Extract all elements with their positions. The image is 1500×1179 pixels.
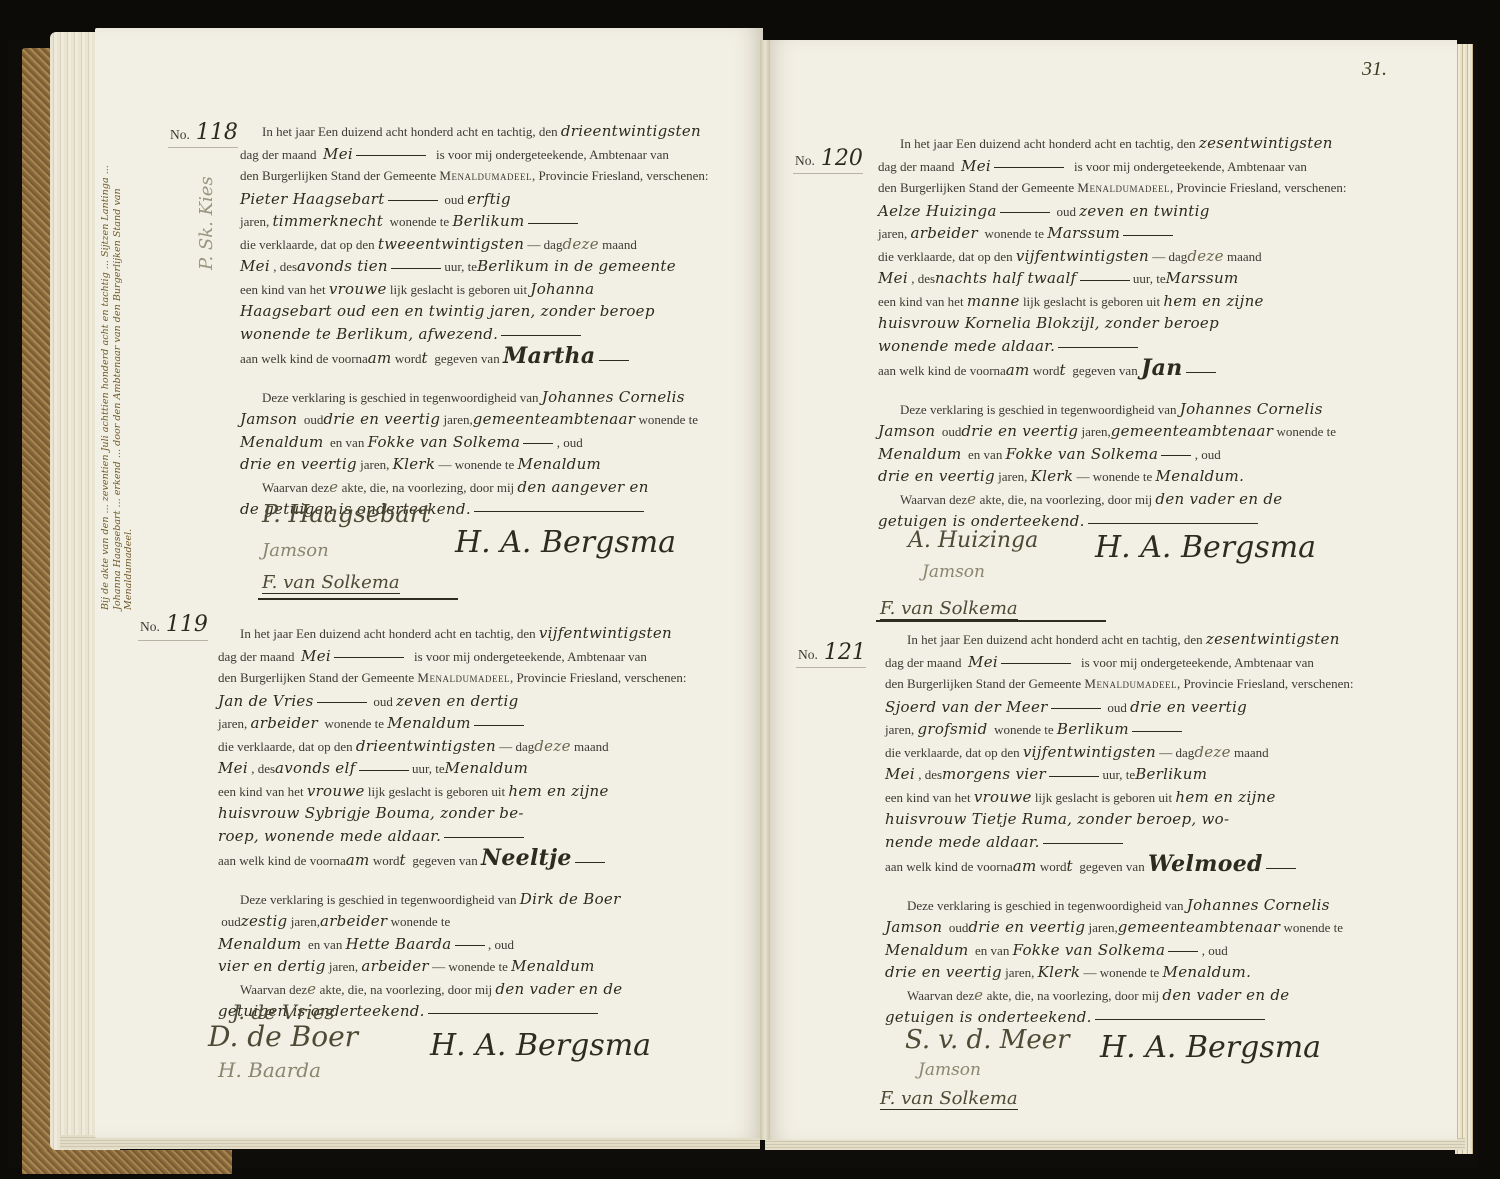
field-signed-by-a: den vader en de bbox=[1162, 986, 1289, 1004]
field-birth-month: Mei bbox=[878, 269, 908, 287]
printed-text: wonende te bbox=[324, 716, 384, 731]
record-line: dag der maand Mei is voor mij ondergetee… bbox=[878, 155, 1378, 178]
field-word-suffix: t bbox=[400, 851, 406, 869]
record-line: jaren, arbeider wonende te Menaldum bbox=[218, 712, 728, 735]
printed-text: Deze verklaring is geschied in tegenwoor… bbox=[240, 892, 517, 907]
birth-record-119: In het jaar Een duizend acht honderd ach… bbox=[218, 622, 728, 1023]
printed-text: die verklaarde, dat op den bbox=[240, 237, 375, 252]
signature-witness: F. van Solkema bbox=[880, 1088, 1018, 1110]
record-line: den Burgerlijken Stand der Gemeente Mena… bbox=[240, 165, 745, 188]
printed-text: akte, die, na voorlezing, door mij bbox=[342, 480, 515, 495]
record-line: Waarvan deze akte, die, na voorlezing, d… bbox=[885, 984, 1385, 1007]
printed-text: een kind van het bbox=[218, 784, 304, 799]
field-declarant-residence: Berlikum bbox=[452, 212, 524, 230]
field-witness1-name-a: Johannes Cornelis bbox=[1187, 896, 1330, 914]
field-witness1-name-b: Jamson bbox=[885, 918, 942, 936]
printed-text: is voor mij ondergeteekende, Ambtenaar v… bbox=[414, 649, 647, 664]
no-label: No. bbox=[798, 647, 818, 662]
printed-text: een kind van het bbox=[878, 294, 964, 309]
printed-text: dag bbox=[1176, 745, 1195, 760]
printed-text: Waarvan dez bbox=[900, 492, 967, 507]
printed-text: uur, te bbox=[412, 761, 445, 776]
printed-municipality: Menaldumadeel bbox=[417, 670, 510, 685]
printed-text: , des bbox=[918, 767, 942, 782]
printed-text: Deze verklaring is geschied in tegenwoor… bbox=[907, 898, 1184, 913]
field-witness1-occupation: gemeenteambtenaar bbox=[1111, 422, 1274, 440]
printed-text: word bbox=[1033, 363, 1060, 378]
field-declarant-residence: Marssum bbox=[1047, 224, 1120, 242]
printed-text: wonende te bbox=[390, 214, 450, 229]
record-number-rule bbox=[168, 147, 238, 148]
book-gutter bbox=[760, 40, 770, 1140]
no-label: No. bbox=[170, 127, 190, 142]
field-dez-suffix: e bbox=[967, 490, 976, 508]
record-line: aan welk kind de voornaam wordt gegeven … bbox=[240, 345, 745, 368]
printed-text: gegeven van bbox=[1079, 859, 1144, 874]
printed-text: oud bbox=[1056, 204, 1076, 219]
field-signed-by-b: getuigen is onderteekend. bbox=[885, 1008, 1092, 1026]
printed-text: oud bbox=[373, 694, 393, 709]
record-number: 120 bbox=[821, 146, 863, 171]
blank-rule bbox=[1132, 731, 1182, 732]
field-birth-month: Mei bbox=[240, 257, 270, 275]
record-number-rule bbox=[138, 640, 208, 641]
printed-text: wonende te bbox=[1100, 965, 1160, 980]
record-number-label: No.118 bbox=[170, 120, 238, 145]
printed-text: jaren, bbox=[360, 457, 389, 472]
field-dag-suffix: deze bbox=[562, 235, 598, 253]
record-line: aan welk kind de voornaam wordt gegeven … bbox=[885, 853, 1385, 876]
field-witness2-residence: Menaldum bbox=[511, 957, 595, 975]
printed-text: uur, te bbox=[1133, 271, 1166, 286]
field-mother-line2: huisvrouw Kornelia Blokzijl, zonder bero… bbox=[878, 314, 1219, 332]
signature-registrar: H. A. Bergsma bbox=[1100, 1030, 1321, 1065]
record-number: 119 bbox=[166, 612, 208, 637]
record-line: Waarvan deze akte, die, na voorlezing, d… bbox=[218, 978, 728, 1001]
field-birth-month: Mei bbox=[218, 759, 248, 777]
blank-rule bbox=[1161, 455, 1191, 456]
record-line: oudzestig jaren,arbeider wonende te bbox=[218, 910, 728, 933]
signature-registrar: H. A. Bergsma bbox=[455, 525, 676, 560]
signature-declarant: S. v. d. Meer bbox=[905, 1025, 1070, 1055]
printed-text: den Burgerlijken Stand der Gemeente bbox=[878, 180, 1074, 195]
record-line: wonende mede aldaar. bbox=[878, 335, 1378, 358]
field-witness2-residence: Menaldum. bbox=[1156, 467, 1245, 485]
record-line: Aelze Huizinga oud zeven en twintig bbox=[878, 200, 1378, 223]
printed-text: jaren, bbox=[240, 214, 269, 229]
blank-rule bbox=[455, 945, 485, 946]
binding-cloth-bottom bbox=[22, 1150, 232, 1174]
printed-text: een kind van het bbox=[885, 790, 971, 805]
field-mother-line2: Haagsebart oud een en twintig jaren, zon… bbox=[240, 302, 655, 320]
record-line: Jamson ouddrie en veertig jaren,gemeente… bbox=[240, 408, 745, 431]
printed-text: jaren, bbox=[291, 914, 320, 929]
printed-text: wonende te bbox=[994, 722, 1054, 737]
printed-text: word bbox=[395, 351, 422, 366]
printed-text: Deze verklaring is geschied in tegenwoor… bbox=[262, 390, 539, 405]
printed-text: wonende te bbox=[391, 914, 451, 929]
printed-text: aan welk kind de voorna bbox=[885, 859, 1013, 874]
printed-text: dag der maand bbox=[878, 159, 955, 174]
blank-rule bbox=[575, 862, 605, 863]
page-edges-right bbox=[1455, 44, 1473, 1154]
field-declarant-age: zeven en dertig bbox=[396, 692, 518, 710]
record-line: die verklaarde, dat op den vijfentwintig… bbox=[878, 245, 1378, 268]
field-birth-place: Menaldum bbox=[445, 759, 529, 777]
record-line: die verklaarde, dat op den drieentwintig… bbox=[218, 735, 728, 758]
field-declarant: Aelze Huizinga bbox=[878, 202, 997, 220]
printed-text: dag der maand bbox=[885, 655, 962, 670]
record-line: den Burgerlijken Stand der Gemeente Mena… bbox=[218, 667, 728, 690]
printed-text: Waarvan dez bbox=[240, 982, 307, 997]
printed-text: , Provincie Friesland, verschenen: bbox=[510, 670, 687, 685]
field-mother-line3: roep, wonende mede aldaar. bbox=[218, 827, 441, 845]
blank-rule bbox=[1051, 708, 1101, 709]
record-line: drie en veertig jaren, Klerk — wonende t… bbox=[885, 961, 1385, 984]
page-number: 31. bbox=[1362, 58, 1387, 81]
field-signed-by-a: den vader en de bbox=[1155, 490, 1282, 508]
record-line: Pieter Haagsebart oud erftig bbox=[240, 188, 745, 211]
blank-rule bbox=[1186, 372, 1216, 373]
record-line: wonende te Berlikum, afwezend. bbox=[240, 323, 745, 346]
field-birth-place: Berlikum in de gemeente bbox=[477, 257, 676, 275]
printed-text: , Provincie Friesland, verschenen: bbox=[1170, 180, 1347, 195]
birth-record-121: In het jaar Een duizend acht honderd ach… bbox=[885, 628, 1385, 1029]
printed-text: die verklaarde, dat op den bbox=[885, 745, 1020, 760]
field-child-name: Neeltje bbox=[481, 845, 572, 871]
field-voornaam-suffix: am bbox=[368, 349, 392, 367]
printed-text: Waarvan dez bbox=[262, 480, 329, 495]
field-witness2-occupation: Klerk bbox=[393, 455, 436, 473]
blank-rule bbox=[523, 443, 553, 444]
printed-text: , oud bbox=[557, 435, 583, 450]
field-witness2-name: Fokke van Solkema bbox=[368, 433, 521, 451]
printed-municipality: Menaldumadeel bbox=[1084, 676, 1177, 691]
field-birth-month: Mei bbox=[885, 765, 915, 783]
signature-declarant: A. Huizinga bbox=[908, 528, 1038, 553]
record-line: die verklaarde, dat op den tweeentwintig… bbox=[240, 233, 745, 256]
record-number-label: No.119 bbox=[140, 612, 208, 637]
printed-text: den Burgerlijken Stand der Gemeente bbox=[218, 670, 414, 685]
field-declarant-occupation: arbeider bbox=[250, 714, 317, 732]
printed-text: den Burgerlijken Stand der Gemeente bbox=[885, 676, 1081, 691]
record-line: Mei , desmorgens vier uur, teBerlikum bbox=[885, 763, 1385, 786]
field-witness1-name-a: Dirk de Boer bbox=[520, 890, 621, 908]
field-declarant-occupation: timmerknecht bbox=[272, 212, 383, 230]
field-day: drieentwintigsten bbox=[561, 122, 701, 140]
printed-text: aan welk kind de voorna bbox=[240, 351, 368, 366]
blank-rule bbox=[1095, 1019, 1265, 1020]
field-month: Mei bbox=[968, 653, 998, 671]
record-line: In het jaar Een duizend acht honderd ach… bbox=[240, 120, 745, 143]
blank-rule bbox=[994, 167, 1064, 168]
printed-text: , Provincie Friesland, verschenen: bbox=[1177, 676, 1354, 691]
printed-text: een kind van het bbox=[240, 282, 326, 297]
record-line: Deze verklaring is geschied in tegenwoor… bbox=[218, 888, 728, 911]
blank-rule bbox=[474, 511, 644, 512]
printed-text: dag der maand bbox=[240, 147, 317, 162]
record-line: drie en veertig jaren, Klerk — wonende t… bbox=[240, 453, 745, 476]
record-line: Waarvan deze akte, die, na voorlezing, d… bbox=[240, 476, 745, 499]
record-line: huisvrouw Sybrigje Bouma, zonder be- bbox=[218, 802, 728, 825]
printed-text: uur, te bbox=[444, 259, 477, 274]
field-witness1-residence: Menaldum bbox=[878, 445, 962, 463]
printed-text: lijk geslacht is geboren uit bbox=[1035, 790, 1172, 805]
field-child-name: Welmoed bbox=[1148, 851, 1263, 877]
field-declarant-occupation: grofsmid bbox=[917, 720, 987, 738]
record-line: een kind van het manne lijk geslacht is … bbox=[878, 290, 1378, 313]
blank-rule bbox=[1049, 776, 1099, 777]
field-witness1-age: drie en veertig bbox=[968, 918, 1085, 936]
printed-text: dag der maand bbox=[218, 649, 295, 664]
field-sex: vrouwe bbox=[974, 788, 1032, 806]
printed-text: die verklaarde, dat op den bbox=[218, 739, 353, 754]
blank-rule bbox=[474, 725, 524, 726]
blank-rule bbox=[1001, 663, 1071, 664]
printed-text: is voor mij ondergeteekende, Ambtenaar v… bbox=[1074, 159, 1307, 174]
field-signed-by-a: den aangever en bbox=[517, 478, 648, 496]
blank-rule bbox=[1088, 523, 1258, 524]
record-line: aan welk kind de voornaam wordt gegeven … bbox=[878, 357, 1378, 380]
no-label: No. bbox=[140, 619, 160, 634]
field-birth-day: tweeentwintigsten bbox=[378, 235, 524, 253]
printed-text: aan welk kind de voorna bbox=[878, 363, 1006, 378]
field-signed-by-a: den vader en de bbox=[495, 980, 622, 998]
record-line: Jamson ouddrie en veertig jaren,gemeente… bbox=[885, 916, 1385, 939]
blank-rule bbox=[356, 155, 426, 156]
field-witness2-name: Fokke van Solkema bbox=[1013, 941, 1166, 959]
field-witness2-name: Hette Baarda bbox=[346, 935, 452, 953]
signature-witness: F. van Solkema bbox=[880, 598, 1018, 620]
record-line: huisvrouw Kornelia Blokzijl, zonder bero… bbox=[878, 312, 1378, 335]
printed-text: In het jaar Een duizend acht honderd ach… bbox=[262, 124, 558, 139]
field-day: vijfentwintigsten bbox=[539, 624, 672, 642]
field-sex: manne bbox=[967, 292, 1020, 310]
birth-record-118: In het jaar Een duizend acht honderd ach… bbox=[240, 120, 745, 521]
record-line: Menaldum en van Fokke van Solkema , oud bbox=[885, 939, 1385, 962]
record-line: huisvrouw Tietje Ruma, zonder beroep, wo… bbox=[885, 808, 1385, 831]
field-witness2-occupation: Klerk bbox=[1031, 467, 1074, 485]
record-line: drie en veertig jaren, Klerk — wonende t… bbox=[878, 465, 1378, 488]
field-declarant-occupation: arbeider bbox=[910, 224, 977, 242]
field-voornaam-suffix: am bbox=[1006, 361, 1030, 379]
record-line: Haagsebart oud een en twintig jaren, zon… bbox=[240, 300, 745, 323]
printed-municipality: Menaldumadeel bbox=[439, 168, 532, 183]
field-declarant: Sjoerd van der Meer bbox=[885, 698, 1048, 716]
printed-text: maand bbox=[1227, 249, 1262, 264]
field-word-suffix: t bbox=[422, 349, 428, 367]
printed-text: wonende te bbox=[1283, 920, 1343, 935]
field-dez-suffix: e bbox=[974, 986, 983, 1004]
signature-registrar: H. A. Bergsma bbox=[430, 1028, 651, 1063]
printed-text: jaren, bbox=[218, 716, 247, 731]
printed-text: wonende te bbox=[1276, 424, 1336, 439]
printed-text: dag bbox=[544, 237, 563, 252]
printed-text: In het jaar Een duizend acht honderd ach… bbox=[900, 136, 1196, 151]
record-number-label: No.120 bbox=[795, 146, 863, 171]
record-line: Waarvan deze akte, die, na voorlezing, d… bbox=[878, 488, 1378, 511]
field-month: Mei bbox=[323, 145, 353, 163]
field-witness1-residence: Menaldum bbox=[885, 941, 969, 959]
field-day: zesentwintigsten bbox=[1206, 630, 1340, 648]
blank-rule bbox=[599, 360, 629, 361]
field-time-of-day: nachts half twaalf bbox=[935, 269, 1076, 287]
record-line: jaren, timmerknecht wonende te Berlikum bbox=[240, 210, 745, 233]
record-number-rule bbox=[796, 667, 866, 668]
field-dag-suffix: deze bbox=[534, 737, 570, 755]
record-line: een kind van het vrouwe lijk geslacht is… bbox=[885, 786, 1385, 809]
printed-text: jaren, bbox=[878, 226, 907, 241]
printed-text: akte, die, na voorlezing, door mij bbox=[987, 988, 1160, 1003]
signature-witness: Jamson bbox=[262, 540, 329, 561]
printed-text: maand bbox=[602, 237, 637, 252]
printed-text: In het jaar Een duizend acht honderd ach… bbox=[240, 626, 536, 641]
printed-text: , Provincie Friesland, verschenen: bbox=[532, 168, 709, 183]
signature-witness: H. Baarda bbox=[218, 1058, 321, 1082]
record-line: Menaldum en van Fokke van Solkema , oud bbox=[240, 431, 745, 454]
field-declarant-age: drie en veertig bbox=[1130, 698, 1247, 716]
field-mother-line1: hem en zijne bbox=[1175, 788, 1275, 806]
field-declarant-residence: Menaldum bbox=[387, 714, 471, 732]
printed-text: jaren, bbox=[443, 412, 472, 427]
printed-text: lijk geslacht is geboren uit bbox=[1023, 294, 1160, 309]
field-birth-day: vijfentwintigsten bbox=[1016, 247, 1149, 265]
no-label: No. bbox=[795, 153, 815, 168]
record-line: dag der maand Mei is voor mij ondergetee… bbox=[240, 143, 745, 166]
field-child-name: Jan bbox=[1141, 355, 1183, 381]
field-mother-line1: hem en zijne bbox=[508, 782, 608, 800]
printed-text: wonende te bbox=[455, 457, 515, 472]
printed-text: en van bbox=[308, 937, 342, 952]
record-line: Mei , desavonds tien uur, teBerlikum in … bbox=[240, 255, 745, 278]
printed-text: wonende te bbox=[1093, 469, 1153, 484]
record-line: aan welk kind de voornaam wordt gegeven … bbox=[218, 847, 728, 870]
field-time-of-day: morgens vier bbox=[942, 765, 1046, 783]
printed-text: Waarvan dez bbox=[907, 988, 974, 1003]
record-line: Jamson ouddrie en veertig jaren,gemeente… bbox=[878, 420, 1378, 443]
printed-text: gegeven van bbox=[1072, 363, 1137, 378]
record-number-label: No.121 bbox=[798, 640, 866, 665]
field-witness1-occupation: gemeenteambtenaar bbox=[473, 410, 636, 428]
record-line: Jan de Vries oud zeven en dertig bbox=[218, 690, 728, 713]
field-witness2-age: drie en veertig bbox=[240, 455, 357, 473]
field-birth-day: drieentwintigsten bbox=[356, 737, 496, 755]
record-line: jaren, arbeider wonende te Marssum bbox=[878, 222, 1378, 245]
margin-annotation-signature: P. Sk. Kies bbox=[196, 176, 217, 270]
field-witness1-age: zestig bbox=[241, 912, 288, 930]
blank-rule bbox=[388, 200, 438, 201]
record-number-rule bbox=[793, 173, 863, 174]
printed-text: akte, die, na voorlezing, door mij bbox=[320, 982, 493, 997]
field-witness2-occupation: Klerk bbox=[1038, 963, 1081, 981]
printed-text: oud bbox=[444, 192, 464, 207]
field-witness2-age: drie en veertig bbox=[885, 963, 1002, 981]
record-line: den Burgerlijken Stand der Gemeente Mena… bbox=[878, 177, 1378, 200]
printed-text: lijk geslacht is geboren uit bbox=[368, 784, 505, 799]
printed-text: gegeven van bbox=[434, 351, 499, 366]
field-word-suffix: t bbox=[1060, 361, 1066, 379]
blank-rule bbox=[334, 657, 404, 658]
field-time-of-day: avonds tien bbox=[297, 257, 388, 275]
record-line: Deze verklaring is geschied in tegenwoor… bbox=[878, 398, 1378, 421]
record-line: een kind van het vrouwe lijk geslacht is… bbox=[240, 278, 745, 301]
field-dag-suffix: deze bbox=[1187, 247, 1223, 265]
record-line: In het jaar Een duizend acht honderd ach… bbox=[885, 628, 1385, 651]
printed-text: oud bbox=[221, 914, 241, 929]
printed-text: , des bbox=[251, 761, 275, 776]
printed-text: wonende te bbox=[448, 959, 508, 974]
field-mother-line2: huisvrouw Tietje Ruma, zonder beroep, wo… bbox=[885, 810, 1229, 828]
record-line: In het jaar Een duizend acht honderd ach… bbox=[878, 132, 1378, 155]
field-declarant: Pieter Haagsebart bbox=[240, 190, 385, 208]
printed-text: jaren, bbox=[1081, 424, 1110, 439]
signature-witness: Jamson bbox=[922, 562, 985, 582]
field-month: Mei bbox=[301, 647, 331, 665]
blank-rule bbox=[1000, 212, 1050, 213]
field-mother-line3: wonende te Berlikum, afwezend. bbox=[240, 325, 498, 343]
field-child-name: Martha bbox=[503, 343, 595, 369]
field-mother-line1: Johanna bbox=[530, 280, 594, 298]
printed-municipality: Menaldumadeel bbox=[1077, 180, 1170, 195]
field-declarant-age: erftig bbox=[467, 190, 511, 208]
record-line: Mei , desavonds elf uur, teMenaldum bbox=[218, 757, 728, 780]
blank-rule bbox=[359, 770, 409, 771]
record-number: 121 bbox=[824, 640, 866, 665]
printed-text: jaren, bbox=[1088, 920, 1117, 935]
record-line: Menaldum en van Fokke van Solkema , oud bbox=[878, 443, 1378, 466]
blank-rule bbox=[1168, 951, 1198, 952]
blank-rule bbox=[1266, 868, 1296, 869]
printed-text: oud bbox=[942, 424, 962, 439]
printed-text: , des bbox=[273, 259, 297, 274]
field-birth-place: Marssum bbox=[1166, 269, 1239, 287]
field-mother-line3: nende mede aldaar. bbox=[885, 833, 1040, 851]
printed-text: maand bbox=[574, 739, 609, 754]
field-witness1-age: drie en veertig bbox=[323, 410, 440, 428]
printed-text: jaren, bbox=[885, 722, 914, 737]
printed-text: , oud bbox=[488, 937, 514, 952]
printed-text: oud bbox=[304, 412, 324, 427]
printed-text: oud bbox=[949, 920, 969, 935]
field-witness2-age: drie en veertig bbox=[878, 467, 995, 485]
printed-text: dag bbox=[516, 739, 535, 754]
printed-text: , oud bbox=[1202, 943, 1228, 958]
field-voornaam-suffix: am bbox=[346, 851, 370, 869]
printed-text: uur, te bbox=[1102, 767, 1135, 782]
field-sex: vrouwe bbox=[307, 782, 365, 800]
printed-text: is voor mij ondergeteekende, Ambtenaar v… bbox=[436, 147, 669, 162]
printed-text: den Burgerlijken Stand der Gemeente bbox=[240, 168, 436, 183]
printed-text: is voor mij ondergeteekende, Ambtenaar v… bbox=[1081, 655, 1314, 670]
record-line: den Burgerlijken Stand der Gemeente Mena… bbox=[885, 673, 1385, 696]
record-line: jaren, grofsmid wonende te Berlikum bbox=[885, 718, 1385, 741]
field-witness1-name-a: Johannes Cornelis bbox=[542, 388, 685, 406]
field-witness1-name-b: Jamson bbox=[878, 422, 935, 440]
field-mother-line1: hem en zijne bbox=[1163, 292, 1263, 310]
record-line: Mei , desnachts half twaalf uur, teMarss… bbox=[878, 267, 1378, 290]
record-line: nende mede aldaar. bbox=[885, 831, 1385, 854]
field-witness2-age: vier en dertig bbox=[218, 957, 326, 975]
record-number: 118 bbox=[196, 120, 238, 145]
record-line: In het jaar Een duizend acht honderd ach… bbox=[218, 622, 728, 645]
field-witness1-occupation: gemeenteambtenaar bbox=[1118, 918, 1281, 936]
record-line: die verklaarde, dat op den vijfentwintig… bbox=[885, 741, 1385, 764]
blank-rule bbox=[528, 223, 578, 224]
field-witness2-residence: Menaldum bbox=[518, 455, 602, 473]
blank-rule bbox=[1123, 235, 1173, 236]
printed-text: maand bbox=[1234, 745, 1269, 760]
printed-text: word bbox=[373, 853, 400, 868]
